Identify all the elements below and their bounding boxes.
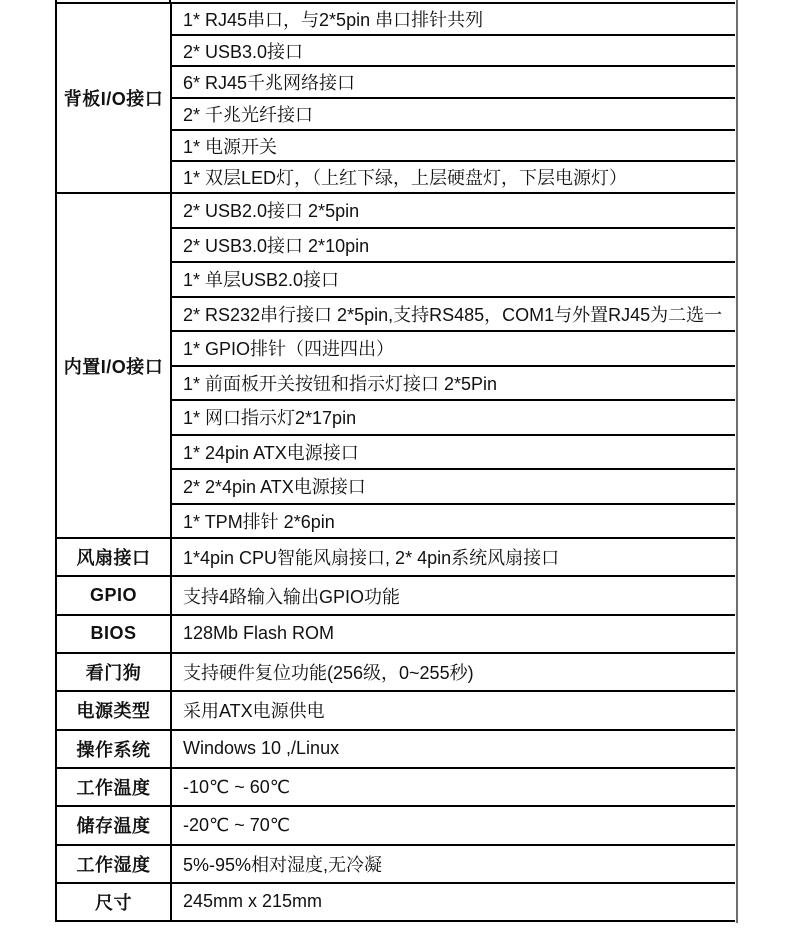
- spec-value: 1*4pin CPU智能风扇接口, 2* 4pin系统风扇接口: [171, 538, 735, 576]
- spec-category-gpio: GPIO: [56, 576, 171, 614]
- spec-value: 采用ATX电源供电: [171, 691, 735, 729]
- spec-category-bios: BIOS: [56, 615, 171, 653]
- spec-category-dimensions: 尺寸: [56, 883, 171, 921]
- spec-value: 1* 双层LED灯，（上红下绿，上层硬盘灯，下层电源灯）: [171, 161, 735, 193]
- spec-table: 背板I/O接口 1* RJ45串口，与2*5pin 串口排针共列 2* USB3…: [55, 2, 735, 922]
- spec-value: 支持4路输入输出GPIO功能: [171, 576, 735, 614]
- spec-value: 1* TPM排针 2*6pin: [171, 504, 735, 539]
- spec-category-watchdog: 看门狗: [56, 653, 171, 691]
- spec-value: 1* 24pin ATX电源接口: [171, 435, 735, 470]
- spec-category-os: 操作系统: [56, 730, 171, 768]
- spec-value: 2* USB2.0接口 2*5pin: [171, 193, 735, 228]
- spec-category-humidity: 工作湿度: [56, 845, 171, 883]
- spec-value: -20℃ ~ 70℃: [171, 806, 735, 844]
- spec-value: 1* 网口指示灯2*17pin: [171, 400, 735, 435]
- spec-category-power-type: 电源类型: [56, 691, 171, 729]
- spec-value: 128Mb Flash ROM: [171, 615, 735, 653]
- spec-value: -10℃ ~ 60℃: [171, 768, 735, 806]
- spec-value: 1* RJ45串口，与2*5pin 串口排针共列: [171, 3, 735, 35]
- spec-value: 2* USB3.0接口 2*10pin: [171, 228, 735, 263]
- spec-value: 2* 千兆光纤接口: [171, 98, 735, 130]
- spec-value: 5%-95%相对湿度,无冷凝: [171, 845, 735, 883]
- spec-category-storage-temp: 储存温度: [56, 806, 171, 844]
- spec-value: 1* GPIO排针（四进四出）: [171, 331, 735, 366]
- spec-value: 2* USB3.0接口: [171, 35, 735, 67]
- spec-category-internal-io: 内置I/O接口: [56, 193, 171, 538]
- spec-category-backpanel-io: 背板I/O接口: [56, 3, 171, 193]
- spec-category-operating-temp: 工作温度: [56, 768, 171, 806]
- spec-sheet-page: 背板I/O接口 1* RJ45串口，与2*5pin 串口排针共列 2* USB3…: [0, 0, 790, 949]
- table-right-edge-line: [736, 0, 738, 923]
- spec-value: 2* RS232串行接口 2*5pin,支持RS485，COM1与外置RJ45为…: [171, 297, 735, 332]
- spec-category-fan: 风扇接口: [56, 538, 171, 576]
- spec-value: 2* 2*4pin ATX电源接口: [171, 469, 735, 504]
- spec-value: 6* RJ45千兆网络接口: [171, 66, 735, 98]
- spec-value: 245mm x 215mm: [171, 883, 735, 921]
- spec-value: 1* 前面板开关按钮和指示灯接口 2*5Pin: [171, 366, 735, 401]
- spec-value: 支持硬件复位功能(256级，0~255秒): [171, 653, 735, 691]
- spec-value: Windows 10 ,/Linux: [171, 730, 735, 768]
- spec-value: 1* 电源开关: [171, 130, 735, 162]
- spec-value: 1* 单层USB2.0接口: [171, 262, 735, 297]
